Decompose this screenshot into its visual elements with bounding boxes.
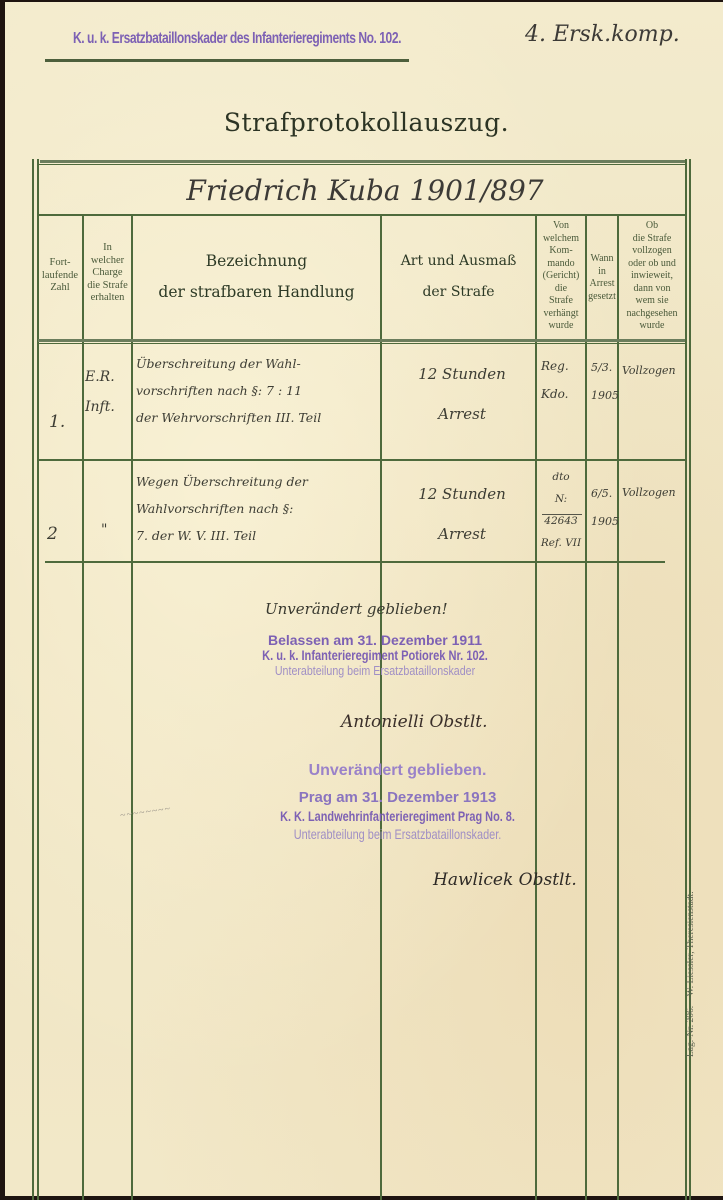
row-2-kommando: dto N: 42643 Ref. VII xyxy=(538,466,584,554)
row-1-handlung: Überschreitung der Wahl- vorschriften na… xyxy=(136,350,321,431)
signature-hawlicek: Hawlicek Obstlt. xyxy=(433,870,577,890)
header-bottom-rule xyxy=(38,339,685,342)
printer-imprint: Lag.-Nr. 206.—W. Liessler, Theresienstad… xyxy=(686,891,696,1057)
col-sep-4 xyxy=(535,216,537,1200)
col-sep-1 xyxy=(82,216,84,1200)
header-handlung-label: Bezeichnung der strafbaren Handlung xyxy=(133,246,380,308)
header-strafe: Art und Ausmaß der Strafe xyxy=(382,246,535,308)
table-border-left xyxy=(32,159,34,1200)
signature-antonielli: Antonielli Obstlt. xyxy=(341,712,488,732)
stamp-1913: Unverändert geblieben. Prag am 31. Dezem… xyxy=(245,762,550,842)
row-1-arrest: 5/3. 1905 xyxy=(591,354,619,410)
col-sep-5 xyxy=(585,216,587,1200)
stamp-1911: Belassen am 31. Dezember 1911 K. u. k. I… xyxy=(195,632,555,678)
row-1-zahl: 1. xyxy=(49,412,65,432)
row-2-vollzogen: Vollzogen xyxy=(622,486,676,499)
stamp-1911-line-1: Belassen am 31. Dezember 1911 xyxy=(195,632,555,648)
col-sep-3 xyxy=(380,216,382,1200)
header-kommando: Von welchem Kom- mando (Gericht) die Str… xyxy=(537,220,585,333)
header-zahl: Fort- laufende Zahl xyxy=(38,257,82,295)
header-arrest-label: Wann in Arrest gesetzt xyxy=(587,253,617,303)
row-2-zahl: 2 xyxy=(47,524,58,544)
company-note: 4. Ersk.komp. xyxy=(525,22,680,47)
row-divider xyxy=(38,459,685,461)
row-2-charge: " xyxy=(101,522,107,538)
header-vollzogen-label: Ob die Strafe vollzogen oder ob und inwi… xyxy=(619,220,685,333)
faded-mark: ~~~~~~~~ xyxy=(119,803,171,821)
soldier-name: Friedrich Kuba 1901/897 xyxy=(45,174,685,207)
col-sep-2 xyxy=(131,216,133,1200)
header-kommando-label: Von welchem Kom- mando (Gericht) die Str… xyxy=(537,220,585,333)
table-border-left-inner xyxy=(37,159,39,1200)
row-1-vollzogen: Vollzogen xyxy=(622,364,676,377)
table-top-rule xyxy=(40,160,685,163)
document-page: K. u. k. Ersatzbataillonskader des Infan… xyxy=(5,2,723,1196)
stamp-1913-line-3: K. K. Landwehrinfanterieregiment Prag No… xyxy=(279,808,517,824)
handwritten-unchanged-note: Unverändert geblieben! xyxy=(265,600,448,618)
stamp-1911-line-3: Unterabteilung beim Ersatzbataillonskade… xyxy=(227,663,522,678)
row-2-handlung: Wegen Überschreitung der Wahlvorschrifte… xyxy=(136,468,308,549)
row-2-strafe: 12 Stunden Arrest xyxy=(397,474,527,554)
unit-stamp-header: K. u. k. Ersatzbataillonskader des Infan… xyxy=(73,30,401,48)
header-arrest: Wann in Arrest gesetzt xyxy=(587,253,617,303)
row-divider xyxy=(45,561,665,563)
row-1-charge: E.R. Inft. xyxy=(85,362,115,422)
header-rule xyxy=(45,59,409,62)
stamp-1913-line-2: Prag am 31. Dezember 1913 xyxy=(245,789,550,806)
table-top-rule-inner xyxy=(38,164,685,165)
header-handlung: Bezeichnung der strafbaren Handlung xyxy=(133,246,380,308)
row-2-arrest: 6/5. 1905 xyxy=(591,480,619,536)
header-zahl-label: Fort- laufende Zahl xyxy=(38,257,82,295)
document-title: Strafprotokollauszug. xyxy=(5,108,723,137)
header-charge-label: In welcher Charge die Strafe erhalten xyxy=(84,242,131,305)
stamp-1913-line-1: Unverändert geblieben. xyxy=(245,762,550,780)
kommando-underline xyxy=(542,514,582,515)
header-charge: In welcher Charge die Strafe erhalten xyxy=(84,242,131,305)
row-1-kommando: Reg. Kdo. xyxy=(541,352,569,408)
header-vollzogen: Ob die Strafe vollzogen oder ob und inwi… xyxy=(619,220,685,333)
stamp-1913-line-4: Unterabteilung beim Ersatzbataillonskade… xyxy=(279,826,517,842)
row-1-strafe: 12 Stunden Arrest xyxy=(397,354,527,434)
header-bottom-rule-inner xyxy=(38,343,685,344)
name-row-divider xyxy=(38,214,685,216)
stamp-1911-line-2: K. u. k. Infanterieregiment Potiorek Nr.… xyxy=(227,648,522,663)
header-strafe-label: Art und Ausmaß der Strafe xyxy=(382,246,535,308)
